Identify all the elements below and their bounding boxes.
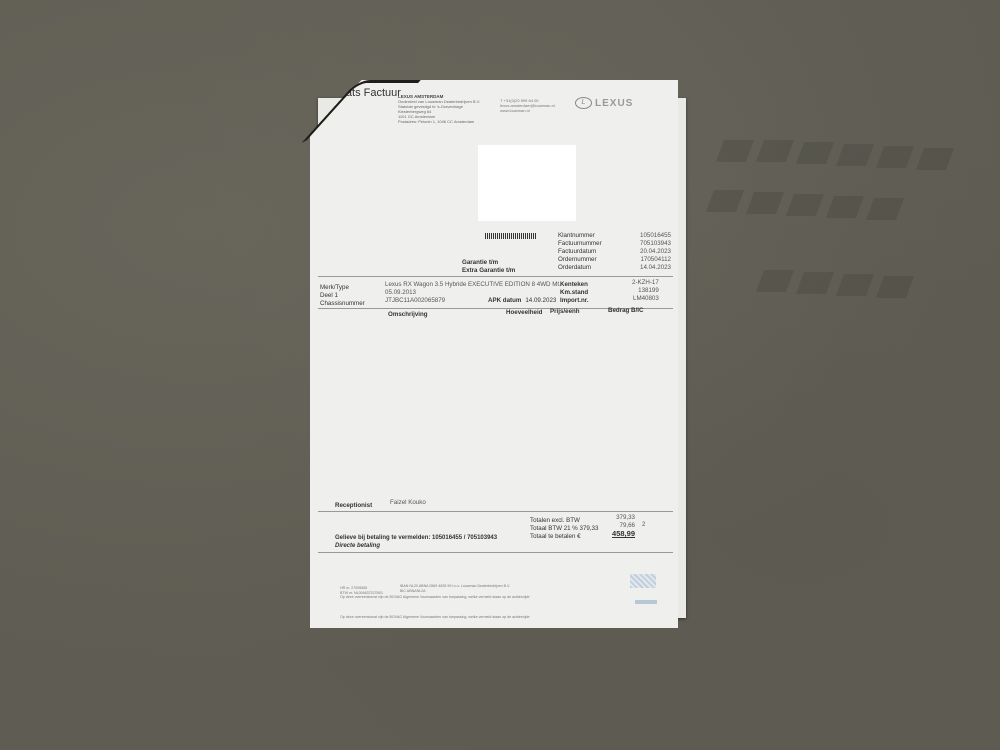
payment-info: Gelieve bij betaling te vermelden: 10501…	[335, 534, 497, 550]
vehicle-values-2: 2-KZH-17 138199 LM40803	[632, 279, 659, 303]
divider	[318, 511, 673, 512]
vehicle-labels-2: Kenteken Km.stand Import.nr.	[560, 281, 589, 305]
hologram-sticker	[630, 574, 656, 588]
divider	[318, 276, 673, 277]
divider	[318, 552, 673, 553]
invoice-info-labels: Klantnummer Factuurnummer Factuurdatum O…	[558, 232, 602, 272]
footer-bank: IBAN NL20 ABNA 0569 4835 99 t.n.v. Louwm…	[400, 584, 510, 593]
lexus-logo: L LEXUS	[575, 97, 633, 109]
col-quantity: Hoeveelheid	[506, 309, 542, 316]
receptionist-name: Faizel Kouko	[390, 499, 426, 506]
totals-values: 379,33 79,66 458,99	[605, 514, 635, 538]
receptionist-label: Receptionist	[335, 502, 372, 509]
totals-labels: Totalen excl. BTW Totaal BTW 21 % 379,33…	[530, 517, 598, 541]
dealer-contact: T +31(0)20 599 64 00 lexus.amsterdam@lou…	[500, 98, 555, 113]
barcode	[485, 233, 537, 239]
lexus-logo-icon: L	[575, 97, 592, 109]
guarantee-labels: Garantie t/m Extra Garantie t/m	[462, 259, 515, 275]
dealer-address: LEXUS AMSTERDAM Onderdeel van Louwman De…	[398, 94, 480, 124]
vat-code: 2	[642, 522, 645, 528]
invoice-document: Plaats Factuur LEXUS AMSTERDAM Onderdeel…	[310, 80, 678, 628]
footer-terms: Op deze overeenkomst zijn de BOVAG Algem…	[340, 615, 530, 620]
redacted-address-block	[478, 145, 576, 221]
col-amount: Bedrag B/IC	[608, 307, 643, 314]
hologram-strip	[635, 600, 657, 604]
floor-tire-marks	[700, 130, 960, 330]
apk-date: APK datum14.09.2023	[488, 297, 556, 304]
grand-total: 458,99	[605, 530, 635, 538]
col-unit-price: Prijs/eenh	[550, 308, 580, 315]
vehicle-labels: Merk/Type Deel 1 Chassisnummer	[320, 284, 365, 308]
invoice-info-values: 105016455 705103943 20.04.2023 170504112…	[640, 232, 671, 272]
col-description: Omschrijving	[388, 311, 428, 318]
